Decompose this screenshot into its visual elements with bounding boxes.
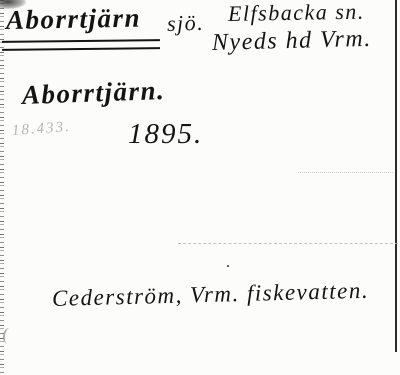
archive-card: Aborrtjärn sjö. Elfsbacka sn. Nyeds hd V… bbox=[0, 0, 400, 375]
scan-mark-paren bbox=[2, 327, 15, 344]
source-reference: Cederström, Vrm. fiskevatten. bbox=[52, 279, 370, 310]
parish-label: Elfsbacka sn. bbox=[228, 1, 365, 25]
archive-number-pencil: 18.433. bbox=[11, 120, 71, 139]
scan-edge-artifact bbox=[0, 0, 4, 375]
ink-speck bbox=[227, 265, 229, 267]
faint-rule-line bbox=[178, 243, 398, 244]
faint-dotted-marks bbox=[298, 172, 393, 173]
record-year: 1895. bbox=[128, 120, 203, 149]
hundred-province-label: Nyeds hd Vrm. bbox=[212, 27, 372, 55]
headword: Aborrtjärn bbox=[6, 5, 142, 34]
feature-type-label: sjö. bbox=[167, 12, 205, 35]
name-entry: Aborrtjärn. bbox=[22, 77, 166, 109]
scan-edge-line bbox=[395, 0, 397, 352]
headword-underline bbox=[2, 39, 160, 51]
